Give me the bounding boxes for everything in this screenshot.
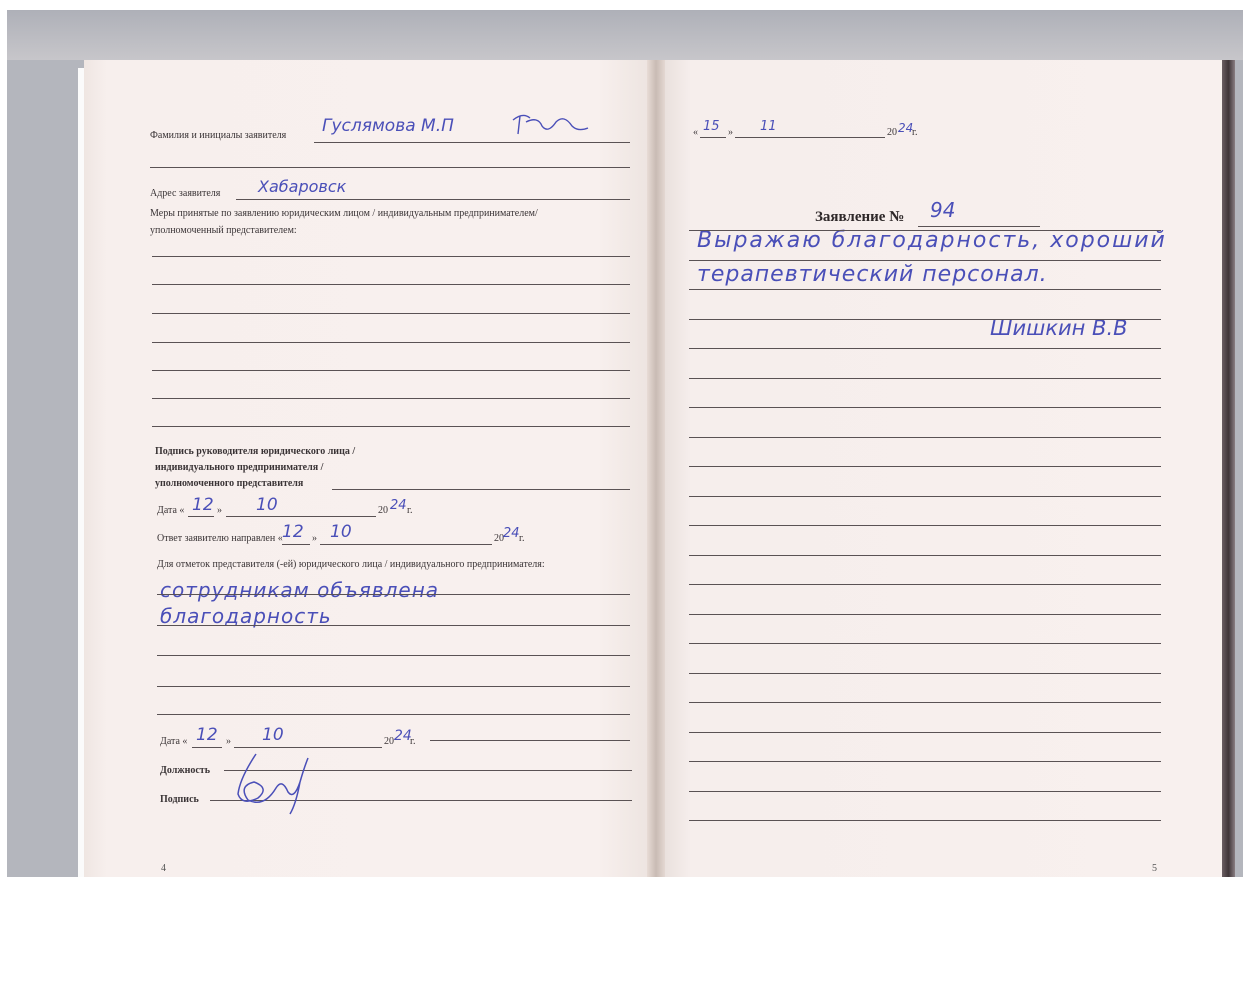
- head-signature-label-line3: уполномоченного представителя: [155, 478, 303, 489]
- ruled-line: [689, 525, 1161, 526]
- ruled-line: [152, 426, 630, 427]
- reply-sent-year: 24: [503, 526, 520, 541]
- head-signature-label-line1: Подпись руководителя юридического лица /: [155, 446, 355, 457]
- ruled-line: [689, 437, 1161, 438]
- position-label: Должность: [160, 765, 210, 776]
- blank-line: [150, 167, 630, 168]
- reply-sent-month: 10: [330, 522, 352, 542]
- date2-sep: »: [226, 736, 231, 747]
- reply-sent-g: г.: [519, 533, 524, 544]
- ruled-line: [152, 370, 630, 371]
- ruled-line: [689, 319, 1161, 320]
- ruled-line: [689, 820, 1161, 821]
- date-month: 11: [760, 119, 777, 134]
- measures-label-line2: уполномоченный представителем:: [150, 225, 297, 236]
- head-signature-label-line2: индивидуального предпринимателя /: [155, 462, 323, 473]
- date1-day: 12: [192, 495, 214, 515]
- ruled-line: [689, 584, 1161, 585]
- ruled-line: [689, 555, 1161, 556]
- reply-month-line: [320, 544, 492, 545]
- ruled-line: [157, 686, 630, 687]
- right-page: [657, 60, 1222, 877]
- ruled-line: [689, 643, 1161, 644]
- date2-extra-line: [430, 740, 630, 741]
- date-month-line: [735, 137, 885, 138]
- date-g: г.: [912, 127, 917, 138]
- date2-g: г.: [410, 736, 415, 747]
- date1-year-prefix: 20: [378, 505, 388, 516]
- ruled-line: [689, 732, 1161, 733]
- date2-day: 12: [196, 725, 218, 745]
- date-year: 24: [898, 121, 913, 135]
- ruled-line: [689, 496, 1161, 497]
- ruled-line: [689, 289, 1161, 290]
- scanner-lid-shadow: [7, 10, 1243, 60]
- ruled-line: [157, 655, 630, 656]
- page-number-right: 5: [1152, 863, 1157, 874]
- date1-day-line: [188, 516, 214, 517]
- applicant-signature-icon: [508, 108, 598, 144]
- date-day-line: [700, 137, 726, 138]
- date1-month-line: [226, 516, 376, 517]
- ruled-line: [152, 284, 630, 285]
- date2-year-prefix: 20: [384, 736, 394, 747]
- ruled-line: [689, 466, 1161, 467]
- head-signature-line: [332, 489, 630, 490]
- ruled-line: [152, 256, 630, 257]
- date1-sep: »: [217, 505, 222, 516]
- applicant-name-value: Гуслямова М.П: [322, 116, 454, 136]
- reply-sent-sep: »: [312, 533, 317, 544]
- date1-month: 10: [256, 495, 278, 515]
- ruled-line: [152, 398, 630, 399]
- statement-number: 94: [930, 198, 955, 222]
- ruled-line: [689, 348, 1161, 349]
- ruled-line: [689, 260, 1161, 261]
- notes-line1: сотрудникам объявлена: [160, 578, 439, 602]
- notes-label: Для отметок представителя (-ей) юридичес…: [157, 559, 545, 570]
- date2-day-line: [192, 747, 222, 748]
- ruled-line: [689, 673, 1161, 674]
- statement-text-line2: терапевтический персонал.: [697, 262, 1048, 287]
- address-label: Адрес заявителя: [150, 188, 220, 199]
- date1-label: Дата «: [157, 505, 184, 516]
- ruled-line: [157, 594, 630, 595]
- date-year-prefix: 20: [887, 127, 897, 138]
- date-day: 15: [703, 119, 720, 134]
- ruled-line: [689, 614, 1161, 615]
- statement-number-line: [918, 226, 1040, 227]
- applicant-name-label: Фамилия и инициалы заявителя: [150, 130, 286, 141]
- statement-title: Заявление №: [815, 209, 904, 226]
- page-number-left: 4: [161, 863, 166, 874]
- ruled-line: [689, 702, 1161, 703]
- ruled-line: [152, 313, 630, 314]
- reply-sent-label: Ответ заявителю направлен «: [157, 533, 283, 544]
- ruled-line: [689, 791, 1161, 792]
- signature-label: Подпись: [160, 794, 199, 805]
- date-open: «: [693, 127, 698, 138]
- date2-label: Дата «: [160, 736, 187, 747]
- date1-year: 24: [390, 498, 407, 513]
- date1-g: г.: [407, 505, 412, 516]
- statement-text-line1: Выражаю благодарность, хороший: [697, 228, 1167, 253]
- book-cover-edge: [1222, 60, 1235, 877]
- ruled-line: [689, 230, 1161, 231]
- ruled-line: [157, 714, 630, 715]
- date-sep: »: [728, 127, 733, 138]
- ruled-line: [689, 761, 1161, 762]
- reply-day-line: [282, 544, 310, 545]
- address-line: [236, 199, 630, 200]
- date2-month: 10: [262, 725, 284, 745]
- reply-sent-day: 12: [282, 522, 304, 542]
- ruled-line: [689, 378, 1161, 379]
- ruled-line: [157, 625, 630, 626]
- book-gutter: [647, 60, 665, 877]
- ruled-line: [152, 342, 630, 343]
- measures-label-line1: Меры принятые по заявлению юридическим л…: [150, 208, 538, 219]
- address-value: Хабаровск: [258, 177, 346, 196]
- official-signature-icon: [228, 748, 318, 818]
- ruled-line: [689, 407, 1161, 408]
